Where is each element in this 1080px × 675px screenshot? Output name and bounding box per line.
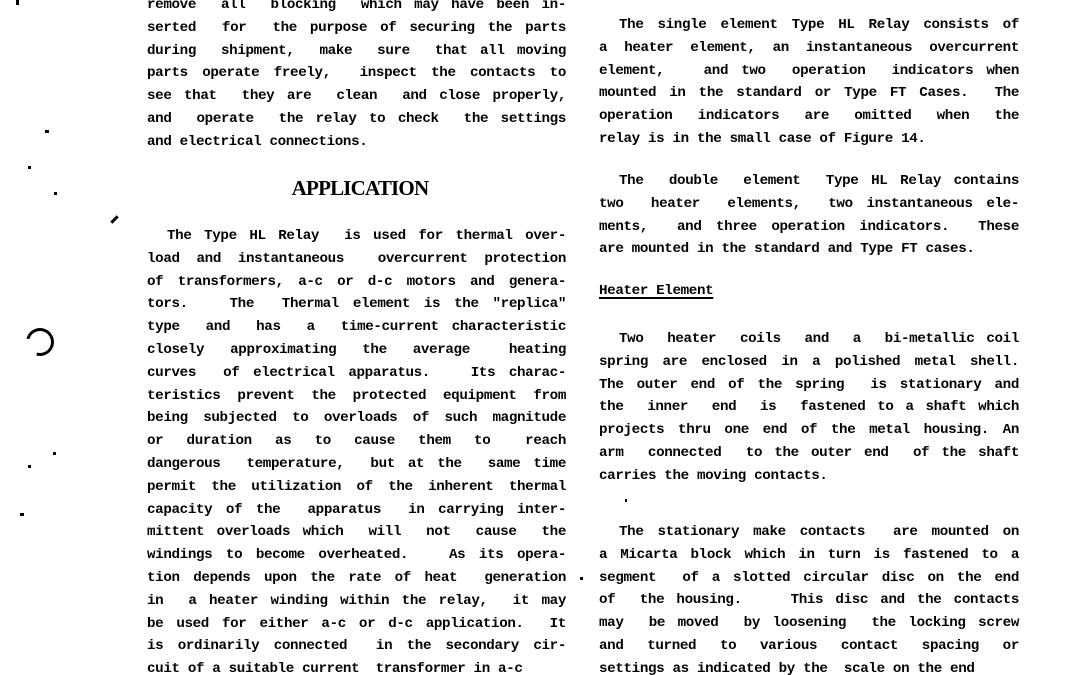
text-line: and operate the relay to check the setti…: [147, 109, 566, 129]
text-line: type and has a time-current characterist…: [147, 317, 566, 337]
scan-speck: [45, 130, 49, 133]
text-line: or duration as to cause them to reach: [147, 431, 566, 451]
text-line: operation indicators are omitted when th…: [599, 106, 1019, 126]
text-line: a Micarta block which in turn is fastene…: [599, 545, 1019, 565]
text-line: the inner end is fastened to a shaft whi…: [599, 397, 1019, 417]
text-line: relay is in the small case of Figure 14.: [599, 129, 1019, 149]
text-line: The outer end of the spring is stationar…: [599, 375, 1019, 395]
text-line: in a heater winding within the relay, it…: [147, 591, 566, 611]
text-line: load and instantaneous overcurrent prote…: [147, 249, 566, 269]
text-line: The Type HL Relay is used for thermal ov…: [147, 226, 566, 246]
text-line: curves of electrical apparatus. Its char…: [147, 363, 566, 383]
text-line: The stationary make contacts are mounted…: [599, 522, 1019, 542]
text-line: two heater elements, two instantaneous e…: [599, 194, 1019, 214]
text-line: arm connected to the outer end of the sh…: [599, 443, 1019, 463]
text-line: and electrical connections.: [147, 132, 566, 152]
scan-speck: [110, 215, 118, 223]
text-line: mounted in the standard or Type FT Cases…: [599, 83, 1019, 103]
text-line: during shipment, make sure that all movi…: [147, 41, 566, 61]
scan-speck: [16, 0, 19, 5]
text-line: segment of a slotted circular disc on th…: [599, 568, 1019, 588]
scan-speck: [28, 166, 31, 169]
text-line: mittent overloads which will not cause t…: [147, 522, 566, 542]
text-line: spring are enclosed in a polished metal …: [599, 352, 1019, 372]
scan-speck: [580, 577, 583, 580]
text-line: serted for the purpose of securing the p…: [147, 18, 566, 38]
scan-speck: [625, 499, 627, 502]
text-line: dangerous temperature, but at the same t…: [147, 454, 566, 474]
text-line: be used for either a-c or d-c applicatio…: [147, 614, 566, 634]
text-line: capacity of the apparatus in carrying in…: [147, 500, 566, 520]
text-line: a heater element, an instantaneous overc…: [599, 38, 1019, 58]
scanned-document-page: remove all blocking which may have been …: [0, 0, 1080, 675]
text-line: ments, and three operation indicators. T…: [599, 217, 1019, 237]
text-line: of the housing. This disc and the contac…: [599, 590, 1019, 610]
text-line: may be moved by loosening the locking sc…: [599, 613, 1019, 633]
text-line: cuit of a suitable current transformer i…: [147, 659, 566, 675]
scan-speck: [54, 192, 57, 195]
text-line: windings to become overheated. As its op…: [147, 545, 566, 565]
text-line: permit the utilization of the inherent t…: [147, 477, 566, 497]
text-line: see that they are clean and close proper…: [147, 86, 566, 106]
text-line: Two heater coils and a bi-metallic coil: [599, 329, 1019, 349]
text-line: The double element Type HL Relay contain…: [599, 171, 1019, 191]
scan-punch-hole-ring: [21, 323, 59, 361]
text-line: settings as indicated by the scale on th…: [599, 659, 1019, 675]
scan-speck: [20, 513, 24, 516]
subheading-heater-element: Heater Element: [599, 283, 713, 299]
text-line: The single element Type HL Relay consist…: [599, 15, 1019, 35]
scan-speck: [28, 465, 31, 468]
text-line: tion depends upon the rate of heat gener…: [147, 568, 566, 588]
text-line: closely approximating the average heatin…: [147, 340, 566, 360]
section-heading-application: APPLICATION: [285, 176, 435, 201]
text-line: element, and two operation indicators wh…: [599, 61, 1019, 81]
text-line: and turned to various contact spacing or: [599, 636, 1019, 656]
text-line: is ordinarily connected in the secondary…: [147, 636, 566, 656]
text-line: teristics prevent the protected equipmen…: [147, 386, 566, 406]
text-line: of transformers, a-c or d-c motors and g…: [147, 272, 566, 292]
text-line: projects thru one end of the metal housi…: [599, 420, 1019, 440]
text-line: are mounted in the standard and Type FT …: [599, 239, 1019, 259]
text-line: remove all blocking which may have been …: [147, 0, 566, 15]
text-line: carries the moving contacts.: [599, 466, 1019, 486]
text-line: parts operate freely, inspect the contac…: [147, 63, 566, 83]
scan-speck: [53, 452, 56, 455]
text-line: tors. The Thermal element is the "replic…: [147, 294, 566, 314]
text-line: being subjected to overloads of such mag…: [147, 408, 566, 428]
